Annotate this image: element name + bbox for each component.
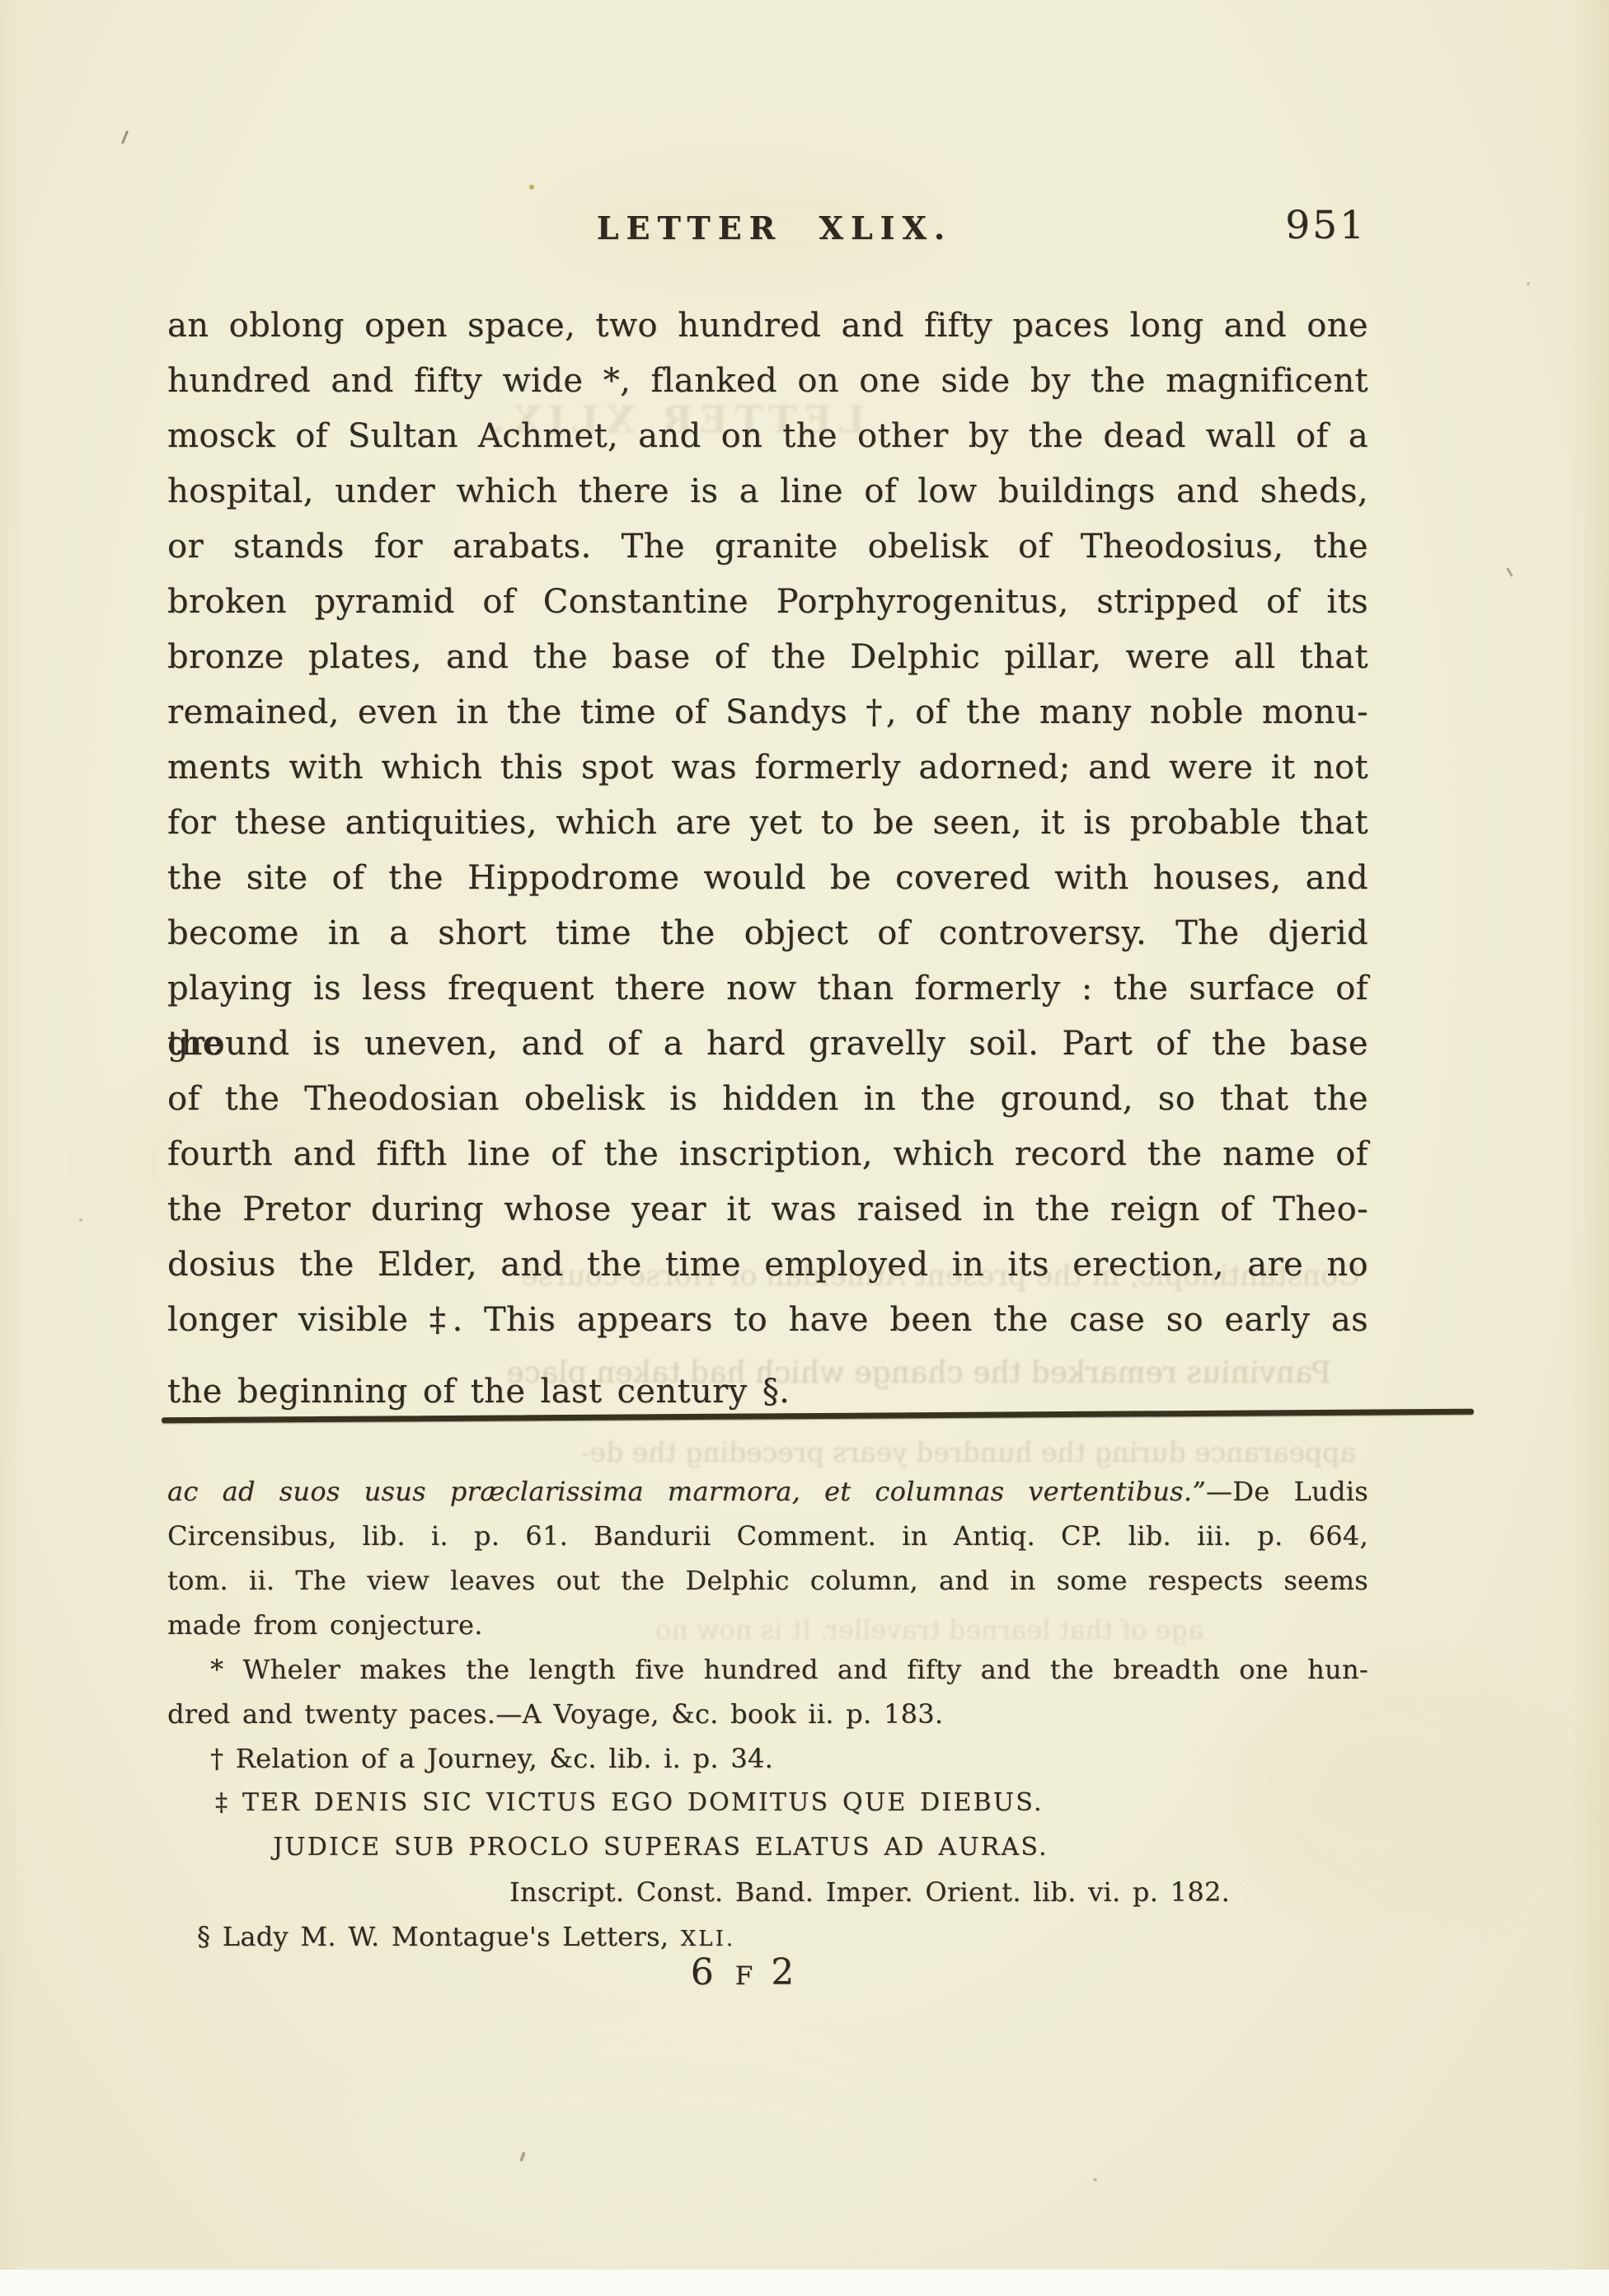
page-edge-shadow-left	[0, 0, 25, 2296]
page-edge-shadow-right	[1571, 0, 1609, 2296]
footnote-numeral-smallcaps: XLI.	[681, 1927, 735, 1951]
body-line: ments with which this spot was formerly …	[167, 740, 1368, 796]
paper-speck	[529, 185, 534, 190]
footnote-line: ac ad suos usus præclarissima marmora, e…	[167, 1469, 1368, 1514]
body-line: fourth and fifth line of the inscription…	[167, 1127, 1368, 1182]
footnote-latin-italic: ac ad suos usus præclarissima marmora, e…	[167, 1476, 1206, 1507]
body-line: dosius the Elder, and the time employed …	[167, 1237, 1368, 1293]
footnote-citation: —De Ludis	[1206, 1476, 1368, 1507]
footnote-line-asterisk: * Wheler makes the length five hundred a…	[167, 1647, 1368, 1692]
signature-mark: 6 F 2	[144, 1952, 1345, 1993]
body-line: the site of the Hippodrome would be cove…	[167, 851, 1368, 906]
paper-speck	[1093, 2178, 1097, 2181]
paper-speck	[79, 1218, 82, 1222]
scan-bottom-edge	[0, 2270, 1609, 2296]
paper-speck	[1506, 567, 1513, 577]
signature-number: 6	[691, 1951, 719, 1993]
body-line: playing is less frequent there now than …	[167, 961, 1368, 1017]
footnote-line-source: Inscript. Const. Band. Imper. Orient. li…	[509, 1870, 1368, 1914]
body-line: broken pyramid of Constantine Porphyroge…	[167, 575, 1368, 630]
body-line: hundred and fifty wide *, flanked on one…	[167, 354, 1368, 409]
body-line: for these antiquities, which are yet to …	[167, 796, 1368, 851]
body-line: of the Theodosian obelisk is hidden in t…	[167, 1072, 1368, 1127]
signature-letter: F	[735, 1961, 755, 1991]
body-line: ground is uneven, and of a hard gravelly…	[167, 1017, 1368, 1072]
body-text: an oblong open space, two hundred and fi…	[167, 298, 1368, 1420]
body-line: remained, even in the time of Sandys †, …	[167, 685, 1368, 740]
body-line: or stands for arabats. The granite obeli…	[167, 519, 1368, 575]
signature-number: 2	[771, 1951, 799, 1993]
paper-speck	[121, 130, 129, 144]
body-line: become in a short time the object of con…	[167, 906, 1368, 961]
body-line: longer visible ‡. This appears to have b…	[167, 1293, 1368, 1348]
footnote-line: made from conjecture.	[167, 1603, 1368, 1647]
body-line: an oblong open space, two hundred and fi…	[167, 298, 1368, 354]
body-line: bronze plates, and the base of the Delph…	[167, 630, 1368, 685]
page-number: 951	[1285, 203, 1367, 248]
body-line: mosck of Sultan Achmet, and on the other…	[167, 409, 1368, 464]
footnote-line: Circensibus, lib. i. p. 61. Bandurii Com…	[167, 1514, 1368, 1558]
footnote-line: dred and twenty paces.—A Voyage, &c. boo…	[167, 1692, 1368, 1736]
body-line: the Pretor during whose year it was rais…	[167, 1182, 1368, 1237]
footnote-line: tom. ii. The view leaves out the Delphic…	[167, 1558, 1368, 1603]
footnote-line-inscription: JUDICE SUB PROCLO SUPERAS ELATUS AD AURA…	[273, 1825, 1368, 1870]
paper-speck	[519, 2152, 526, 2162]
footnote-text: § Lady M. W. Montague's Letters,	[197, 1921, 681, 1952]
footnote-line-dagger: † Relation of a Journey, &c. lib. i. p. …	[167, 1736, 1368, 1781]
bleedthrough-ghost-text: appearance during the hundred years prec…	[284, 1436, 1356, 1468]
body-line: hospital, under which there is a line of…	[167, 464, 1368, 519]
scanned-book-page: LETTER XLIX. Constantinople, in the pres…	[0, 0, 1609, 2296]
footnote-line-inscription: ‡ TER DENIS SIC VICTUS EGO DOMITUS QUE D…	[167, 1781, 1368, 1825]
running-header: LETTER XLIX. 951	[167, 203, 1368, 252]
paper-speck	[1527, 282, 1530, 285]
paper-blotch	[346, 2045, 923, 2242]
footnotes-block: ac ad suos usus præclarissima marmora, e…	[167, 1469, 1368, 1959]
letter-heading: LETTER XLIX.	[174, 209, 1375, 247]
